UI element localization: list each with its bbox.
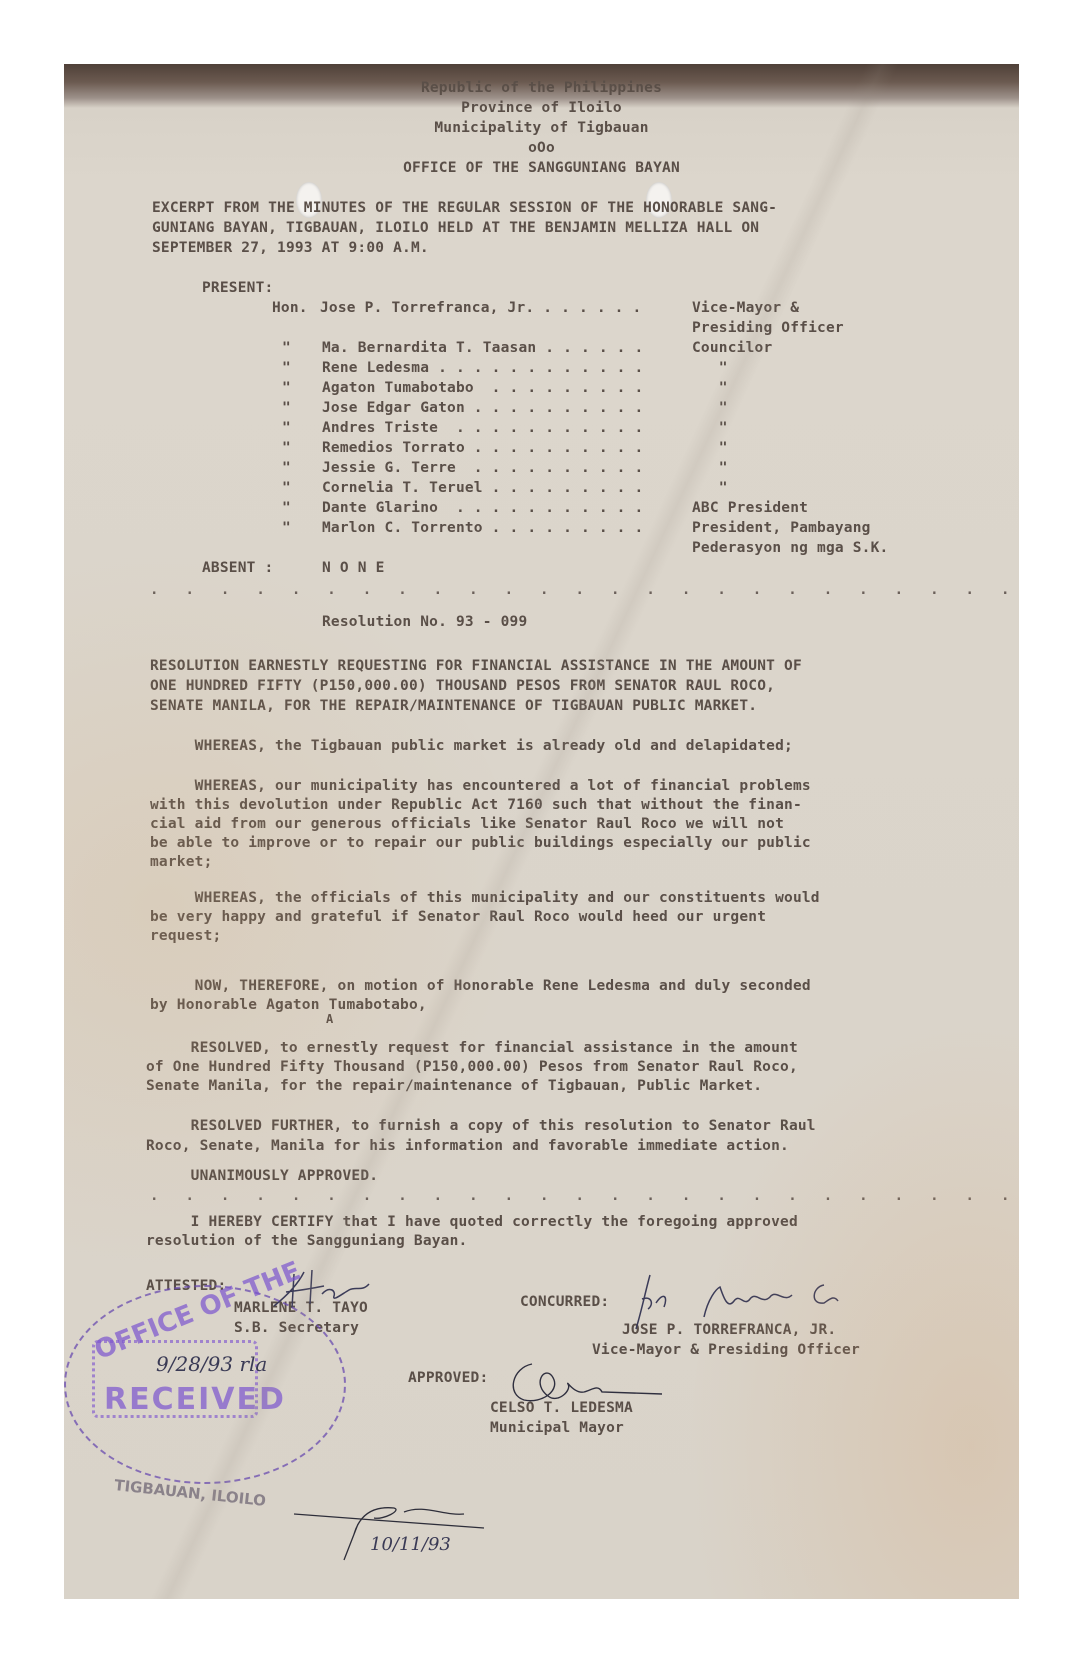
mayor-title: Municipal Mayor	[490, 1420, 624, 1436]
whereas2-line: cial aid from our generous officials lik…	[150, 816, 784, 832]
member-name: Jessie G. Terre . . . . . . . . . .	[322, 460, 643, 476]
member-name: Agaton Tumabotabo . . . . . . . . .	[322, 380, 643, 396]
separator-dots-1: . . . . . . . . . . . . . . . . . . . . …	[150, 582, 1019, 598]
stamp-received: RECEIVED	[104, 1382, 286, 1417]
whereas3-line: WHEREAS, the officials of this municipal…	[150, 890, 820, 906]
whereas2-line: be able to improve or to repair our publ…	[150, 835, 811, 851]
member-position: ABC President	[692, 500, 808, 516]
whereas2-line: market;	[150, 854, 213, 870]
resolved-line: Senate Manila, for the repair/maintenanc…	[146, 1078, 762, 1094]
stamp-handwritten-date: 9/28/93 rla	[156, 1352, 267, 1376]
member-position: "	[692, 480, 728, 496]
absent-label: ABSENT :	[202, 560, 273, 576]
member-name: Cornelia T. Teruel . . . . . . . . .	[322, 480, 643, 496]
concurred-label: CONCURRED:	[520, 1294, 609, 1310]
whereas2-line: WHEREAS, our municipality has encountere…	[150, 778, 811, 794]
member-name: Rene Ledesma . . . . . . . . . . . .	[322, 360, 643, 376]
certification-line: resolution of the Sangguniang Bayan.	[146, 1233, 467, 1249]
resolution-number: Resolution No. 93 - 099	[322, 614, 527, 630]
member-name: Marlon C. Torrento . . . . . . . . .	[322, 520, 643, 536]
member-prefix: "	[282, 520, 291, 536]
approved-label: APPROVED:	[408, 1370, 488, 1386]
member-name: Dante Glarino . . . . . . . . . . .	[322, 500, 643, 516]
member-prefix: "	[282, 460, 291, 476]
whereas3-line: be very happy and grateful if Senator Ra…	[150, 909, 766, 925]
header-province: Province of Iloilo	[64, 100, 1019, 116]
member-position: "	[692, 460, 728, 476]
absent-value: N O N E	[322, 560, 385, 576]
whereas1-line: WHEREAS, the Tigbauan public market is a…	[150, 738, 793, 754]
excerpt-line-1: EXCERPT FROM THE MINUTES OF THE REGULAR …	[152, 200, 777, 216]
excerpt-line-2: GUNIANG BAYAN, TIGBAUAN, ILOILO HELD AT …	[152, 220, 759, 236]
member-position: "	[692, 400, 728, 416]
member-prefix: "	[282, 340, 291, 356]
excerpt-line-3: SEPTEMBER 27, 1993 AT 9:00 A.M.	[152, 240, 429, 256]
member-name: Ma. Bernardita T. Taasan . . . . . .	[322, 340, 643, 356]
member-prefix: "	[282, 420, 291, 436]
member-position: "	[692, 420, 728, 436]
member-name: Remedios Torrato . . . . . . . . . .	[322, 440, 643, 456]
member-position: President, Pambayang	[692, 520, 871, 536]
member-position: Vice-Mayor &	[692, 300, 799, 316]
member-prefix: Hon.	[272, 300, 308, 316]
res-title-line: ONE HUNDRED FIFTY (P150,000.00) THOUSAND…	[150, 678, 775, 694]
header-republic: Republic of the Philippines	[64, 80, 1019, 96]
header-ornament: oOo	[64, 140, 1019, 156]
vice-mayor-signature	[624, 1269, 874, 1339]
now-therefore-line: NOW, THEREFORE, on motion of Honorable R…	[150, 978, 811, 994]
whereas2-line: with this devolution under Republic Act …	[150, 797, 802, 813]
present-label: PRESENT:	[202, 280, 273, 296]
member-position: Councilor	[692, 340, 772, 356]
now-therefore-line: by Honorable Agaton Tumabotabo,	[150, 997, 427, 1013]
member-position: "	[692, 440, 728, 456]
separator-dots-2: . . . . . . . . . . . . . . . . . . . . …	[150, 1188, 1019, 1204]
mayor-signature	[502, 1354, 682, 1414]
insertion-caret: A	[326, 1012, 333, 1026]
member-position: "	[692, 380, 728, 396]
header-municipality: Municipality of Tigbauan	[64, 120, 1019, 136]
resolved-further-line: RESOLVED FURTHER, to furnish a copy of t…	[146, 1118, 816, 1134]
member-name: Andres Triste . . . . . . . . . . .	[322, 420, 643, 436]
unanimously-approved: UNANIMOUSLY APPROVED.	[146, 1168, 378, 1184]
handwritten-date-bottom: 10/11/93	[370, 1534, 451, 1555]
member-prefix: "	[282, 440, 291, 456]
member-prefix: "	[282, 500, 291, 516]
member-prefix: "	[282, 380, 291, 396]
certification-line: I HEREBY CERTIFY that I have quoted corr…	[146, 1214, 798, 1230]
document-page: Republic of the Philippines Province of …	[64, 64, 1019, 1599]
member-position: "	[692, 360, 728, 376]
member-name: Jose Edgar Gaton . . . . . . . . . .	[322, 400, 643, 416]
member-position: Pederasyon ng mga S.K.	[692, 540, 888, 556]
resolved-line: RESOLVED, to ernestly request for financ…	[146, 1040, 798, 1056]
member-prefix: "	[282, 360, 291, 376]
member-name: Jose P. Torrefranca, Jr. . . . . . .	[320, 300, 641, 316]
member-prefix: "	[282, 400, 291, 416]
res-title-line: RESOLUTION EARNESTLY REQUESTING FOR FINA…	[150, 658, 802, 674]
resolved-line: of One Hundred Fifty Thousand (P150,000.…	[146, 1059, 798, 1075]
member-position: Presiding Officer	[692, 320, 844, 336]
whereas3-line: request;	[150, 928, 221, 944]
member-prefix: "	[282, 480, 291, 496]
header-office: OFFICE OF THE SANGGUNIANG BAYAN	[64, 160, 1019, 176]
res-title-line: SENATE MANILA, FOR THE REPAIR/MAINTENANC…	[150, 698, 757, 714]
resolved-further-line: Roco, Senate, Manila for his information…	[146, 1138, 789, 1154]
